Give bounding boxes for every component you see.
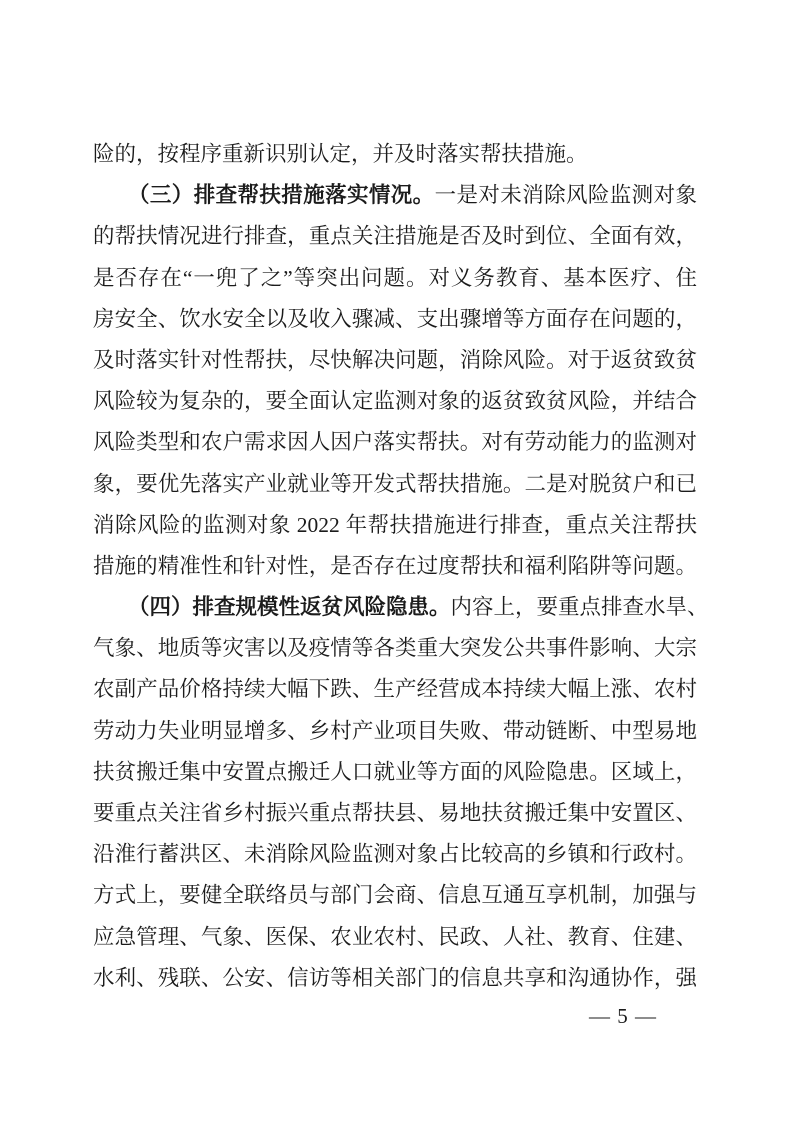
text-line: 扶贫搬迁集中安置点搬迁人口就业等方面的风险隐患。区域上，	[93, 752, 697, 793]
document-body: 险的，按程序重新识别认定，并及时落实帮扶措施。（三）排查帮扶措施落实情况。一是对…	[93, 134, 697, 999]
text-line: 消除风险的监测对象 2022 年帮扶措施进行排查，重点关注帮扶	[93, 505, 697, 546]
text-line: 劳动力失业明显增多、乡村产业项目失败、带动链断、中型易地	[93, 711, 697, 752]
text-line: （三）排查帮扶措施落实情况。一是对未消除风险监测对象	[93, 175, 697, 216]
section-heading: （四）排查规模性返贫风险隐患。	[128, 595, 451, 619]
text-line: 房安全、饮水安全以及收入骤减、支出骤增等方面存在问题的，	[93, 299, 697, 340]
text-line: 应急管理、气象、医保、农业农村、民政、人社、教育、住建、	[93, 917, 697, 958]
text-line: 要重点关注省乡村振兴重点帮扶县、易地扶贫搬迁集中安置区、	[93, 793, 697, 834]
text-line: 象，要优先落实产业就业等开发式帮扶措施。二是对脱贫户和已	[93, 464, 697, 505]
text-line: 及时落实针对性帮扶，尽快解决问题，消除风险。对于返贫致贫	[93, 340, 697, 381]
text-line: 风险类型和农户需求因人因户落实帮扶。对有劳动能力的监测对	[93, 422, 697, 463]
text-line: 险的，按程序重新识别认定，并及时落实帮扶措施。	[93, 134, 697, 175]
text-line: 气象、地质等灾害以及疫情等各类重大突发公共事件影响、大宗	[93, 628, 697, 669]
text-line: （四）排查规模性返贫风险隐患。内容上，要重点排查水旱、	[93, 587, 697, 628]
section-heading: （三）排查帮扶措施落实情况。	[128, 183, 435, 207]
text-line: 的帮扶情况进行排查，重点关注措施是否及时到位、全面有效，	[93, 216, 697, 257]
text-line: 是否存在“一兜了之”等突出问题。对义务教育、基本医疗、住	[93, 258, 697, 299]
text-line: 沿淮行蓄洪区、未消除风险监测对象占比较高的乡镇和行政村。	[93, 834, 697, 875]
text-line: 风险较为复杂的，要全面认定监测对象的返贫致贫风险，并结合	[93, 381, 697, 422]
text-line: 措施的精准性和针对性，是否存在过度帮扶和福利陷阱等问题。	[93, 546, 697, 587]
text-line: 农副产品价格持续大幅下跌、生产经营成本持续大幅上涨、农村	[93, 669, 697, 710]
page-number: — 5 —	[589, 1001, 657, 1031]
document-page: 险的，按程序重新识别认定，并及时落实帮扶措施。（三）排查帮扶措施落实情况。一是对…	[0, 0, 793, 1122]
text-line: 水利、残联、公安、信访等相关部门的信息共享和沟通协作，强	[93, 958, 697, 999]
text-line: 方式上，要健全联络员与部门会商、信息互通互享机制，加强与	[93, 875, 697, 916]
